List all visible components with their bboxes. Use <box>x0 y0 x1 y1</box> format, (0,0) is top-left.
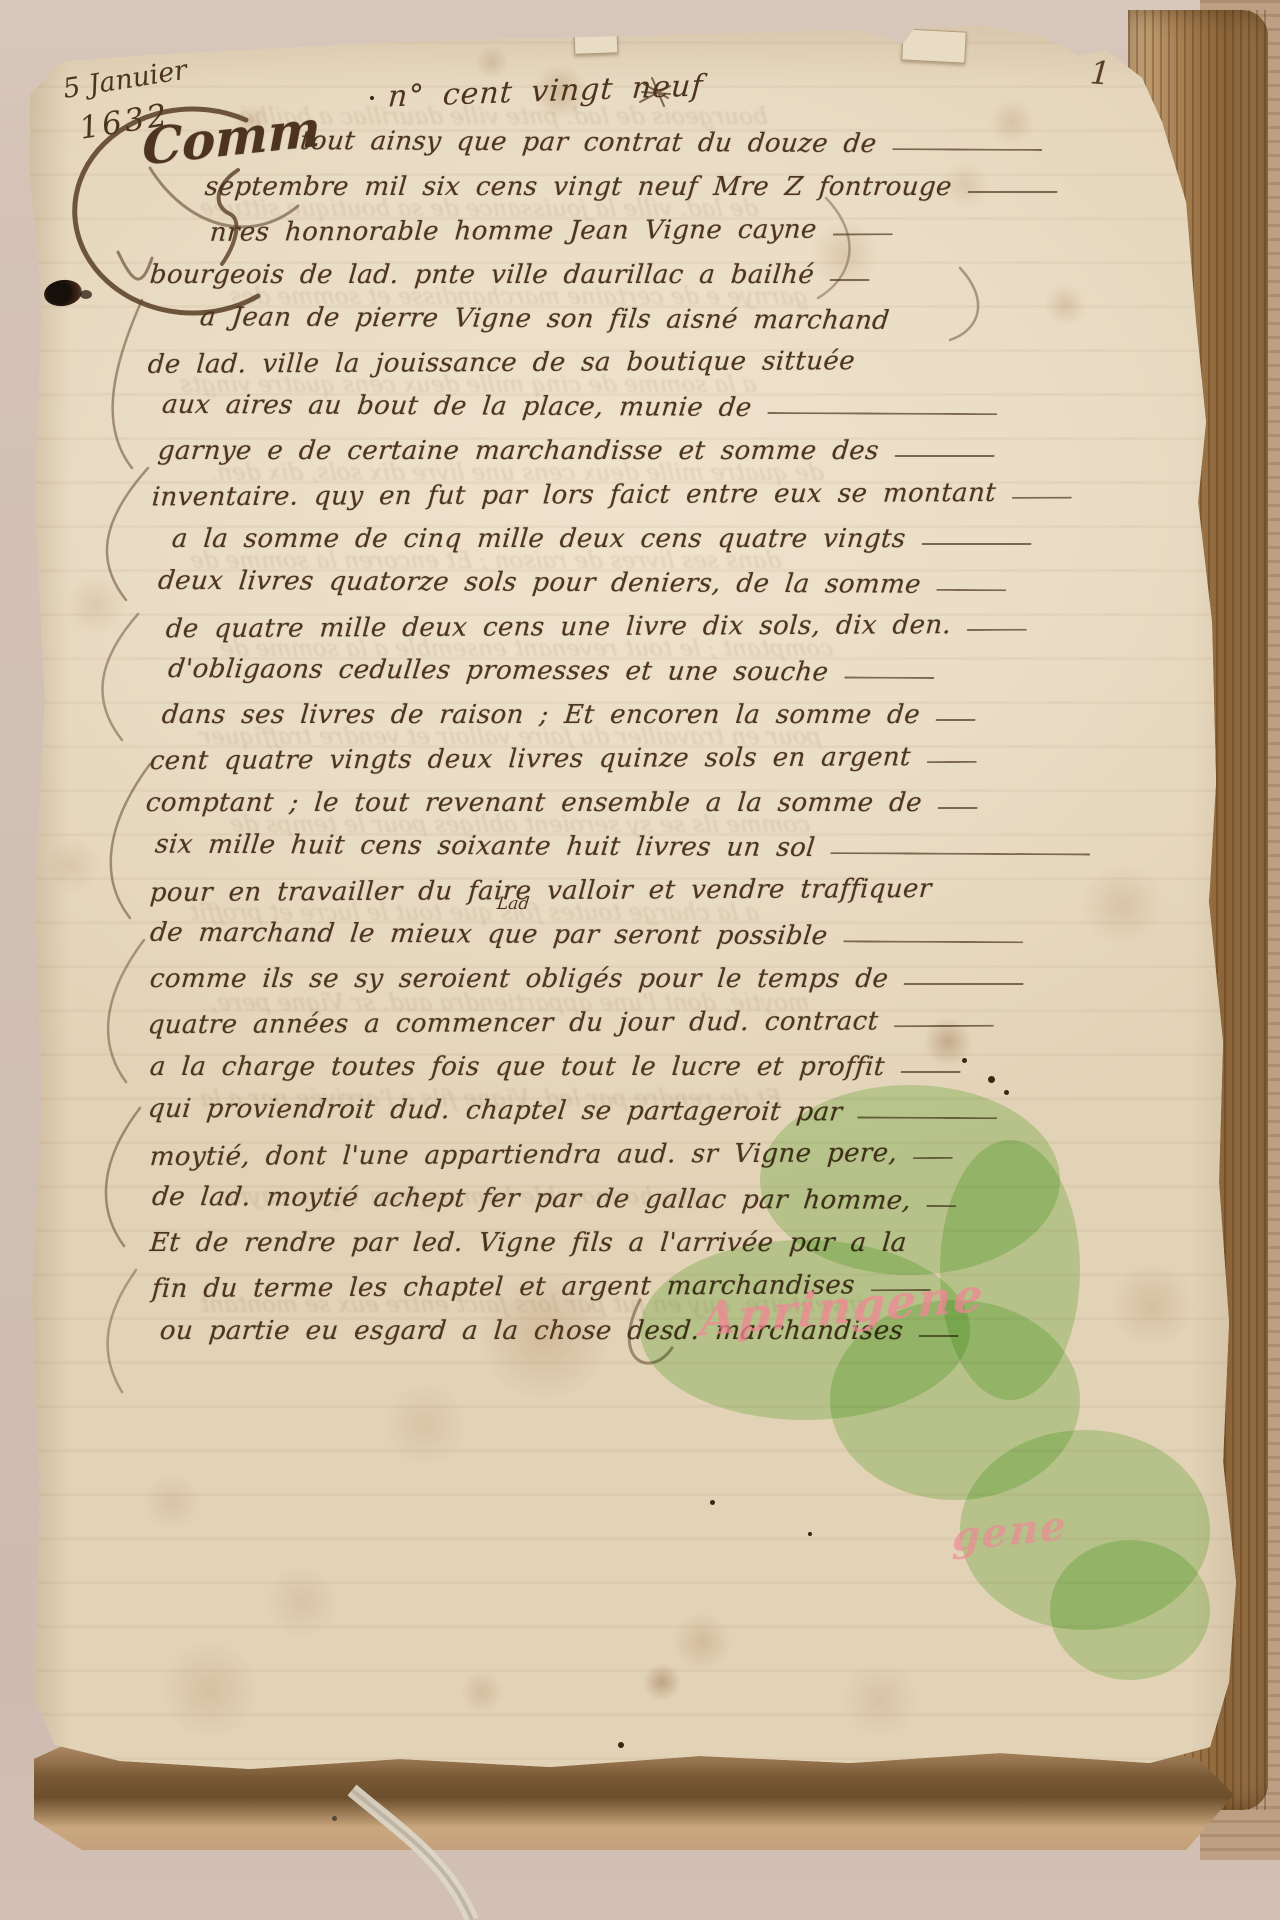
line-text: dans ses livres de raison ; Et encoren l… <box>161 700 922 730</box>
line-filler <box>936 719 976 721</box>
manuscript-line: a Jean de pierre Vigne son fils aisné ma… <box>199 302 891 336</box>
manuscript-line: bourgeois de lad. pnte ville daurillac a… <box>149 260 872 290</box>
line-filler <box>938 807 978 809</box>
folio-number: 1 <box>1089 53 1112 92</box>
line-text: qui proviendroit dud. chaptel se partage… <box>147 1094 844 1128</box>
manuscript-line: pour en travailler du faire valloir et v… <box>149 874 933 908</box>
line-filler <box>1012 497 1072 499</box>
manuscript-line: fin du terme les chaptel et argent march… <box>151 1270 932 1304</box>
line-filler <box>919 1335 959 1337</box>
line-text: Et de rendre par led. Vigne fils a l'arr… <box>149 1228 908 1258</box>
line-filler <box>894 1025 994 1028</box>
line-text: pour en travailler du faire valloir et v… <box>149 874 933 908</box>
line-text: bourgeois de lad. pnte ville daurillac a… <box>149 260 816 290</box>
line-filler <box>858 1116 998 1119</box>
manuscript-photo: bourgeois de lad. pnte ville daurillac a… <box>0 0 1280 1920</box>
line-filler <box>871 1289 931 1291</box>
manuscript-line: septembre mil six cens vingt neuf Mre Z … <box>204 172 1059 202</box>
line-text: fin du terme les chaptel et argent march… <box>151 1270 856 1304</box>
line-text: comptant ; le tout revenant ensemble a l… <box>145 788 924 818</box>
line-filler <box>913 1157 953 1159</box>
manuscript-line: de lad. ville la jouissance de sa boutiq… <box>147 346 856 380</box>
manuscript-line: comptant ; le tout revenant ensemble a l… <box>145 788 980 818</box>
torn-edge-tab <box>574 31 619 55</box>
manuscript-line: de marchand le mieux que par seront poss… <box>149 918 1026 953</box>
line-text: de lad. moytié achept fer par de gallac … <box>151 1182 913 1216</box>
line-text: d'obligaons cedulles promesses et une so… <box>167 654 831 687</box>
line-filler <box>830 852 1090 855</box>
line-text: nres honnorable homme Jean Vigne cayne <box>209 215 818 248</box>
ink-speck <box>808 1532 812 1536</box>
manuscript-line: Et de rendre par led. Vigne fils a l'arr… <box>149 1228 908 1258</box>
line-text: de lad. ville la jouissance de sa boutiq… <box>147 346 856 380</box>
manuscript-line: nres honnorable homme Jean Vigne cayne <box>209 214 894 248</box>
line-text: ou partie eu esgard a la chose desd. mar… <box>159 1316 905 1346</box>
line-filler <box>936 589 1006 591</box>
manuscript-line: de lad. moytié achept fer par de gallac … <box>151 1182 959 1216</box>
line-filler <box>921 543 1031 545</box>
line-filler <box>830 279 870 281</box>
line-text: de quatre mille deux cens une livre dix … <box>165 610 952 644</box>
line-text: aux aires au bout de la place, munie de <box>161 390 754 423</box>
line-text: a la charge toutes fois que tout le lucr… <box>149 1052 886 1082</box>
line-filler <box>892 148 1042 151</box>
line-text: garnye e de certaine marchandisse et som… <box>157 436 881 466</box>
ink-speck <box>1004 1090 1009 1095</box>
ink-speck <box>332 1816 337 1821</box>
line-text: tout ainsy que par contrat du douze de <box>299 126 879 159</box>
line-filler <box>904 983 1024 985</box>
interline-insertion: Lad <box>496 894 530 914</box>
line-filler <box>927 1205 957 1207</box>
manuscript-line: inventaire. quy en fut par lors faict en… <box>151 478 1073 513</box>
line-text: six mille huit cens soixante huit livres… <box>154 830 817 863</box>
manuscript-line: six mille huit cens soixante huit livres… <box>154 830 1093 865</box>
manuscript-line: comme ils se sy seroient obligés pour le… <box>149 964 1026 994</box>
manuscript-line: aux aires au bout de la place, munie de <box>161 390 1000 424</box>
line-text: deux livres quatorze sols pour deniers, … <box>157 566 923 600</box>
manuscript-line: a la somme de cinq mille deux cens quatr… <box>171 524 1033 554</box>
line-text: a la somme de cinq mille deux cens quatr… <box>171 524 907 554</box>
manuscript-line: a la charge toutes fois que tout le lucr… <box>149 1052 962 1082</box>
line-text: septembre mil six cens vingt neuf Mre Z … <box>204 172 953 202</box>
manuscript-line: cent quatre vingts deux livres quinze so… <box>149 742 978 776</box>
torn-edge-tab <box>901 28 967 63</box>
manuscript-line: ou partie eu esgard a la chose desd. mar… <box>159 1316 961 1346</box>
manuscript-line: garnye e de certaine marchandisse et som… <box>157 436 997 466</box>
manuscript-line: de quatre mille deux cens une livre dix … <box>165 610 1028 645</box>
line-filler <box>900 1071 960 1073</box>
line-filler <box>894 455 994 457</box>
line-filler <box>767 412 997 415</box>
line-filler <box>967 629 1027 631</box>
line-text: de marchand le mieux que par seront poss… <box>149 918 830 952</box>
ink-speck <box>710 1500 715 1505</box>
line-filler <box>832 233 892 235</box>
ink-speck <box>618 1742 624 1748</box>
line-text: quatre années a commencer du jour dud. c… <box>147 1006 880 1040</box>
manuscript-line: deux livres quatorze sols pour deniers, … <box>157 566 1009 600</box>
manuscript-line: tout ainsy que par contrat du douze de <box>299 126 1045 160</box>
line-text: a Jean de pierre Vigne son fils aisné ma… <box>199 302 891 336</box>
manuscript-line: quatre années a commencer du jour dud. c… <box>147 1006 996 1040</box>
manuscript-line: dans ses livres de raison ; Et encoren l… <box>161 700 978 730</box>
ink-speck <box>370 96 374 100</box>
line-filler <box>927 761 977 763</box>
manuscript-line: d'obligaons cedulles promesses et une so… <box>167 654 936 688</box>
manuscript-line: moytié, dont l'une appartiendra aud. sr … <box>149 1138 954 1172</box>
line-text: comme ils se sy seroient obligés pour le… <box>149 964 890 994</box>
line-text: inventaire. quy en fut par lors faict en… <box>151 478 997 512</box>
line-text: moytié, dont l'une appartiendra aud. sr … <box>149 1138 898 1172</box>
line-text: cent quatre vingts deux livres quinze so… <box>149 742 912 776</box>
manuscript-line: qui proviendroit dud. chaptel se partage… <box>147 1094 1000 1128</box>
ink-blot-small <box>80 290 92 299</box>
ink-speck <box>962 1058 967 1063</box>
ink-speck <box>988 1076 995 1083</box>
line-filler <box>844 677 934 679</box>
line-filler <box>843 940 1023 943</box>
line-filler <box>967 191 1057 193</box>
